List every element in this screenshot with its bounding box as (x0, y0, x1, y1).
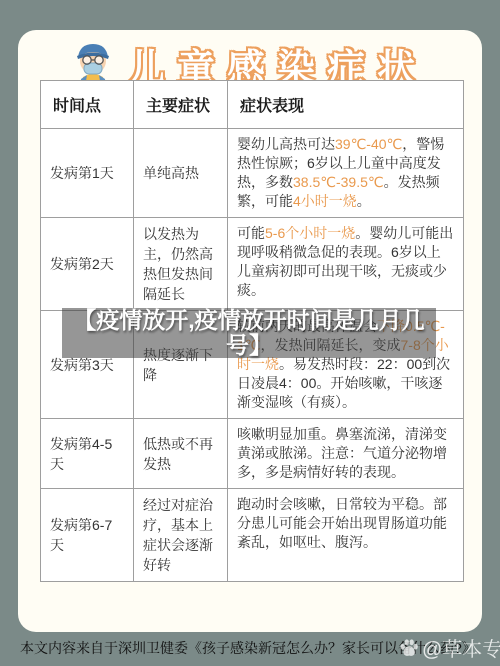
detail-cell: 跑动时会咳嗽，日常较为平稳。部分患儿可能会开始出现胃肠道功能紊乱，如呕吐、腹泻。 (228, 489, 464, 582)
detail-highlight: 39℃-40℃ (335, 136, 402, 152)
page-background: { "page": { "title": "儿童感染症状" }, "table"… (0, 0, 500, 666)
detail-text: 跑动时会咳嗽，日常较为平稳。部分患儿可能会开始出现胃肠道功能紊乱，如呕吐、腹泻。 (237, 496, 447, 550)
detail-text: 。 (357, 193, 371, 209)
table-row: 发病第2天 以发热为主，仍然高热但发热间隔延长 可能5-6个小时一烧。婴幼儿可能… (41, 218, 464, 311)
header-time: 时间点 (41, 81, 134, 129)
time-cell: 发病第6-7天 (41, 489, 134, 582)
symptom-cell: 低热或不再发热 (134, 419, 228, 489)
caption-overlay: 【疫情放开,疫情放开时间是几月几号】 (62, 308, 436, 358)
detail-text: 咳嗽明显加重。鼻塞流涕，清涕变黄涕或脓涕。注意：气道分泌物增多，多是病情好转的表… (237, 426, 447, 480)
table-header-row: 时间点 主要症状 症状表现 (41, 81, 464, 129)
detail-text: 婴幼儿高热可达 (237, 136, 335, 152)
detail-highlight: 5-6个小时一烧 (265, 225, 355, 241)
symptom-cell: 以发热为主，仍然高热但发热间隔延长 (134, 218, 228, 311)
detail-text: 可能 (237, 225, 265, 241)
time-cell: 发病第2天 (41, 218, 134, 311)
header-detail: 症状表现 (228, 81, 464, 129)
time-cell: 发病第1天 (41, 129, 134, 218)
watermark: @草本专家 (398, 633, 500, 662)
symptom-cell: 单纯高热 (134, 129, 228, 218)
time-cell: 发病第4-5天 (41, 419, 134, 489)
detail-cell: 咳嗽明显加重。鼻塞流涕，清涕变黄涕或脓涕。注意：气道分泌物增多，多是病情好转的表… (228, 419, 464, 489)
detail-cell: 婴幼儿高热可达39℃-40℃，警惕热性惊厥；6岁以上儿童中高度发热，多数38.5… (228, 129, 464, 218)
detail-cell: 可能5-6个小时一烧。婴幼儿可能出现呼吸稍微急促的表现。6岁以上儿童病初即可出现… (228, 218, 464, 311)
table-row: 发病第6-7天 经过对症治疗，基本上症状会逐渐好转 跑动时会咳嗽，日常较为平稳。… (41, 489, 464, 582)
paw-icon (398, 637, 420, 659)
detail-highlight: 4小时一烧 (293, 193, 357, 209)
detail-highlight: 38.5℃-39.5℃ (293, 174, 384, 190)
table-row: 发病第4-5天 低热或不再发热 咳嗽明显加重。鼻塞流涕，清涕变黄涕或脓涕。注意：… (41, 419, 464, 489)
table-row: 发病第1天 单纯高热 婴幼儿高热可达39℃-40℃，警惕热性惊厥；6岁以上儿童中… (41, 129, 464, 218)
watermark-handle: @草本专家 (422, 633, 500, 662)
symptom-cell: 经过对症治疗，基本上症状会逐渐好转 (134, 489, 228, 582)
header-symptom: 主要症状 (134, 81, 228, 129)
